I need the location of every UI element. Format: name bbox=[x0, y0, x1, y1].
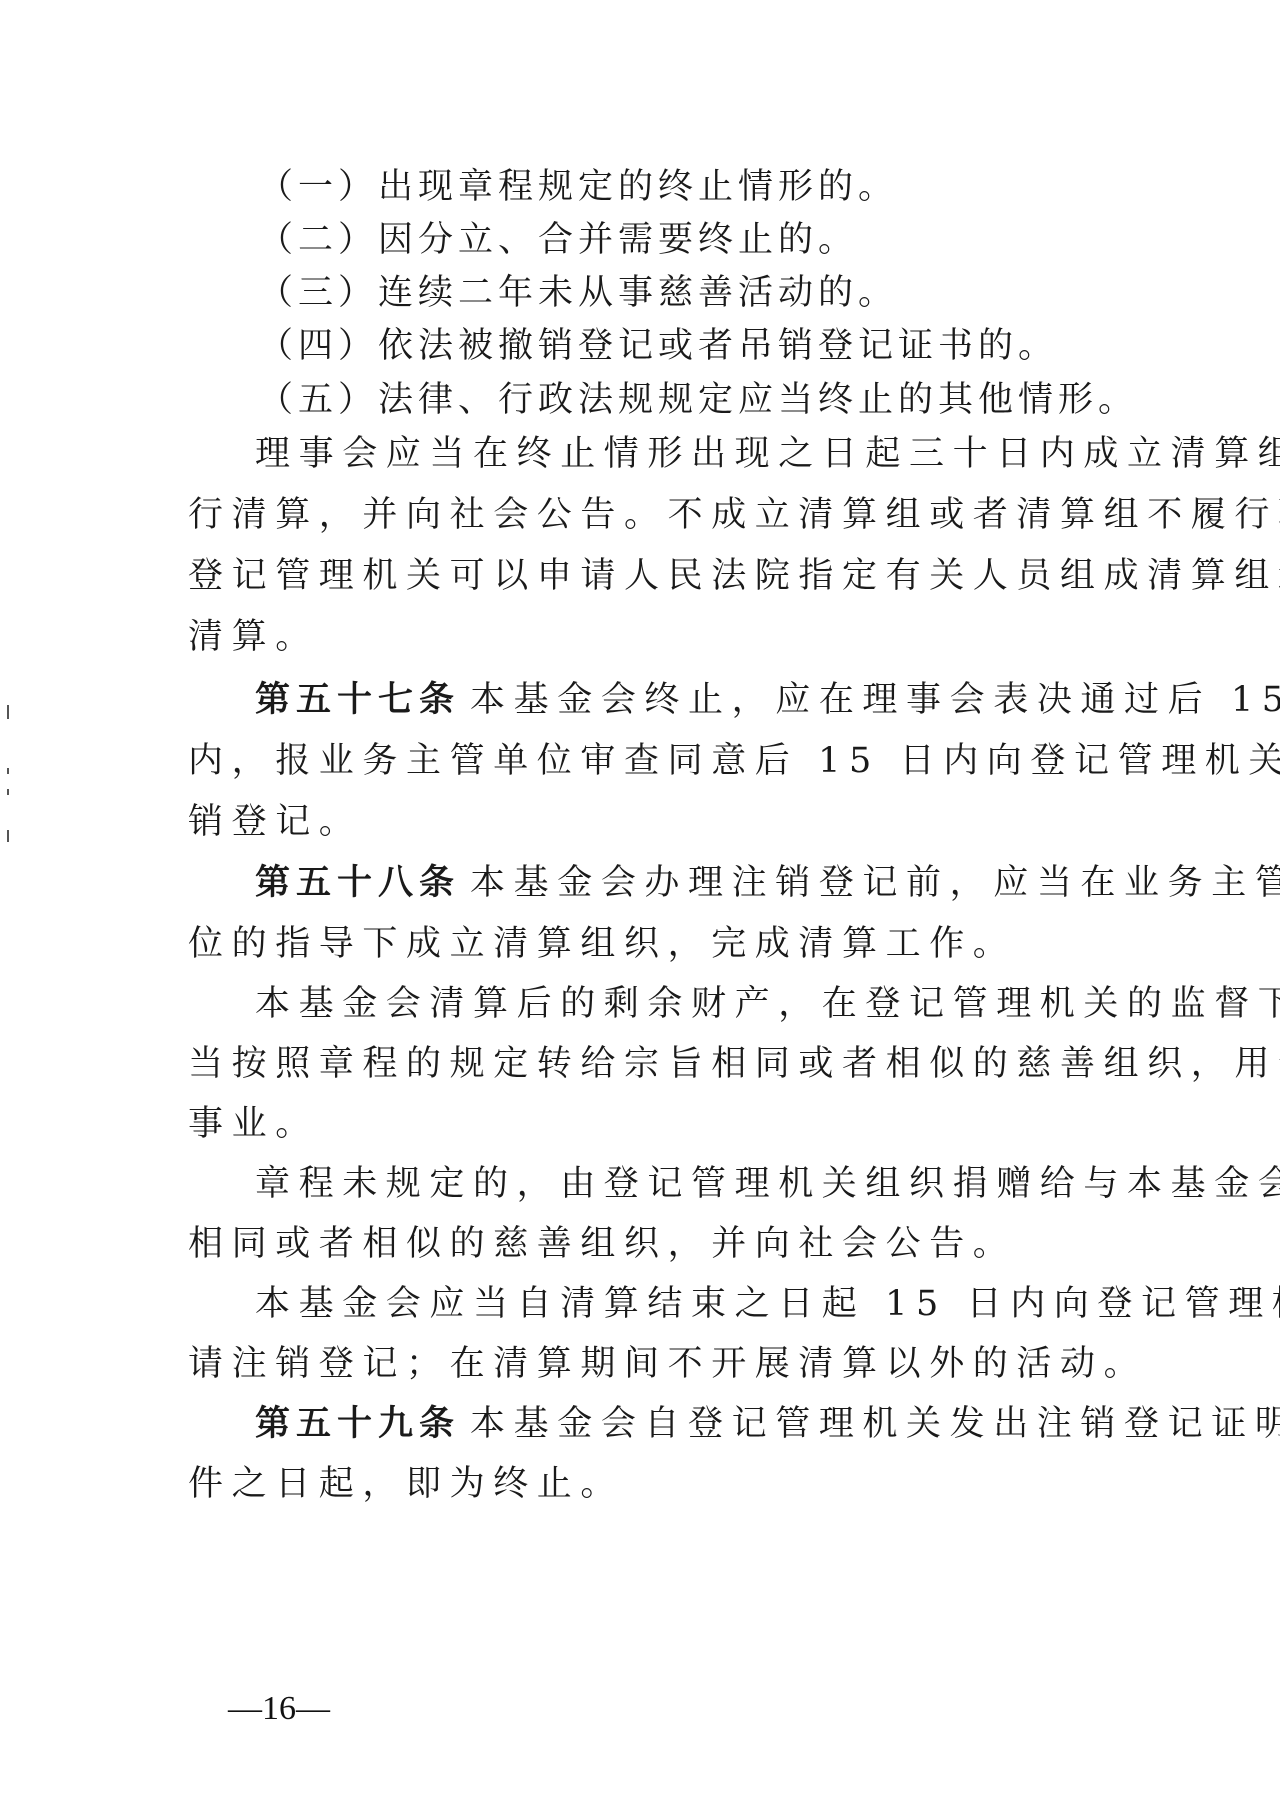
paragraph-line: 行清算，并向社会公告。不成立清算组或者清算组不履行职责的， bbox=[188, 493, 1138, 537]
list-item-4: （四）依法被撤销登记或者吊销登记证书的。 bbox=[258, 324, 1208, 368]
margin-mark bbox=[7, 789, 9, 795]
paragraph-line: 内，报业务主管单位审查同意后 15 日内向登记管理机关申请注 bbox=[188, 739, 1138, 783]
paragraph-line: 销登记。 bbox=[188, 800, 1138, 844]
paragraph-line: 登记管理机关可以申请人民法院指定有关人员组成清算组进行 bbox=[188, 554, 1138, 598]
paragraph-line: 本基金会清算后的剩余财产，在登记管理机关的监督下，应 bbox=[255, 982, 1205, 1026]
margin-mark bbox=[7, 830, 9, 842]
margin-mark bbox=[7, 705, 9, 719]
article-59-title: 第五十九条 bbox=[255, 1404, 460, 1444]
paragraph-line: 事业。 bbox=[188, 1102, 1138, 1146]
list-item-5: （五）法律、行政法规规定应当终止的其他情形。 bbox=[258, 378, 1208, 422]
article-58-title: 第五十八条 bbox=[255, 863, 460, 903]
page-number: —16— bbox=[228, 1690, 330, 1728]
paragraph-line: 件之日起，即为终止。 bbox=[188, 1462, 1138, 1506]
document-page: （一）出现章程规定的终止情形的。 （二）因分立、合并需要终止的。 （三）连续二年… bbox=[0, 0, 1280, 1811]
paragraph-line: 请注销登记；在清算期间不开展清算以外的活动。 bbox=[188, 1342, 1138, 1386]
article-57-title: 第五十七条 bbox=[255, 680, 460, 720]
list-item-2: （二）因分立、合并需要终止的。 bbox=[258, 218, 1208, 262]
list-item-1: （一）出现章程规定的终止情形的。 bbox=[258, 165, 1208, 209]
margin-mark bbox=[7, 768, 9, 774]
paragraph-line: 本基金会应当自清算结束之日起 15 日内向登记管理机关申 bbox=[255, 1282, 1205, 1326]
paragraph-line: 理事会应当在终止情形出现之日起三十日内成立清算组进 bbox=[255, 432, 1205, 476]
article-59-line: 第五十九条本基金会自登记管理机关发出注销登记证明文 bbox=[255, 1402, 1205, 1446]
list-item-3: （三）连续二年未从事慈善活动的。 bbox=[258, 271, 1208, 315]
paragraph-line: 章程未规定的，由登记管理机关组织捐赠给与本基金会宗旨 bbox=[255, 1162, 1205, 1206]
article-57-line: 第五十七条本基金会终止，应在理事会表决通过后 15 日 bbox=[255, 678, 1205, 722]
article-57-text: 本基金会终止，应在理事会表决通过后 15 日 bbox=[470, 680, 1280, 720]
article-58-text: 本基金会办理注销登记前，应当在业务主管单 bbox=[470, 863, 1280, 903]
paragraph-line: 清算。 bbox=[188, 615, 1138, 659]
paragraph-line: 当按照章程的规定转给宗旨相同或者相似的慈善组织，用于慈善 bbox=[188, 1042, 1138, 1086]
paragraph-line: 位的指导下成立清算组织，完成清算工作。 bbox=[188, 922, 1138, 966]
paragraph-line: 相同或者相似的慈善组织，并向社会公告。 bbox=[188, 1222, 1138, 1266]
article-58-line: 第五十八条本基金会办理注销登记前，应当在业务主管单 bbox=[255, 861, 1205, 905]
article-59-text: 本基金会自登记管理机关发出注销登记证明文 bbox=[470, 1404, 1280, 1444]
